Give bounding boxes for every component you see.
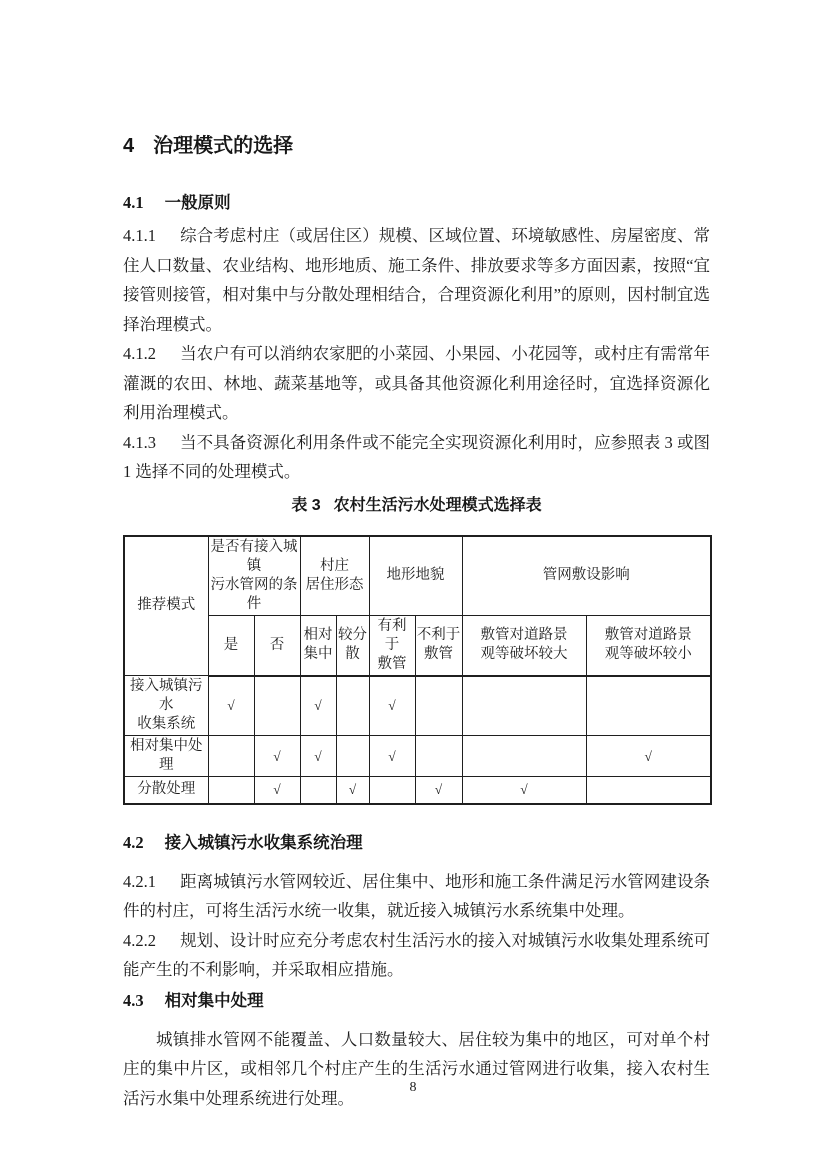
check-cell: √ [586, 736, 711, 777]
row-label: 分散处理 [124, 777, 208, 804]
subheader-damage-small: 敷管对道路景 观等破坏较小 [586, 615, 711, 676]
clause-text: 当不具备资源化利用条件或不能完全实现资源化利用时，应参照表 3 或图 1 选择不… [123, 433, 710, 482]
section-title: 接入城镇污水收集系统治理 [165, 834, 363, 852]
check-cell: √ [254, 777, 300, 804]
check-cell [586, 676, 711, 736]
check-cell [415, 676, 462, 736]
row-label: 相对集中处理 [124, 736, 208, 777]
paragraph-4-2-2: 4.2.2规划、设计时应充分考虑农村生活污水的接入对城镇污水收集处理系统可能产生… [123, 926, 710, 985]
check-cell [208, 736, 254, 777]
header-group-access: 是否有接入城镇 污水管网的条件 [208, 536, 300, 616]
section-title: 一般原则 [165, 194, 231, 212]
paragraph-4-1-3: 4.1.3当不具备资源化利用条件或不能完全实现资源化利用时，应参照表 3 或图 … [123, 428, 710, 487]
check-cell [586, 777, 711, 804]
row-label: 接入城镇污水 收集系统 [124, 676, 208, 736]
subheader-yes: 是 [208, 615, 254, 676]
check-cell [415, 736, 462, 777]
table-row: 相对集中处理 √ √ √ √ [124, 736, 711, 777]
paragraph-4-2-1: 4.2.1距离城镇污水管网较近、居住集中、地形和施工条件满足污水管网建设条件的村… [123, 867, 710, 926]
check-cell: √ [208, 676, 254, 736]
subheader-concentrated: 相对 集中 [300, 615, 336, 676]
check-cell [208, 777, 254, 804]
clause-text: 距离城镇污水管网较近、居住集中、地形和施工条件满足污水管网建设条件的村庄，可将生… [123, 872, 710, 921]
header-mode: 推荐模式 [124, 536, 208, 676]
clause-text: 当农户有可以消纳农家肥的小菜园、小果园、小花园等，或村庄有需常年灌溉的农田、林地… [123, 344, 710, 422]
clause-number: 4.2.1 [123, 872, 156, 891]
clause-text: 综合考虑村庄（或居住区）规模、区域位置、环境敏感性、房屋密度、常住人口数量、农业… [123, 226, 710, 334]
section-number: 4.1 [123, 193, 144, 212]
check-cell: √ [462, 777, 586, 804]
treatment-mode-selection-table: 推荐模式 是否有接入城镇 污水管网的条件 村庄 居住形态 地形地貌 管网敷设影响… [123, 535, 712, 805]
check-cell [462, 736, 586, 777]
paragraph-4-1-2: 4.1.2当农户有可以消纳农家肥的小菜园、小果园、小花园等，或村庄有需常年灌溉的… [123, 339, 710, 428]
check-cell [300, 777, 336, 804]
page-content: 4治理模式的选择 4.1一般原则 4.1.1综合考虑村庄（或居住区）规模、区域位… [123, 0, 710, 1113]
section-heading-4-3: 4.3相对集中处理 [123, 991, 710, 1011]
check-cell: √ [300, 736, 336, 777]
check-cell: √ [336, 777, 369, 804]
subheader-favorable: 有利于 敷管 [369, 615, 415, 676]
chapter-number: 4 [123, 135, 134, 157]
check-cell: √ [369, 736, 415, 777]
check-cell [462, 676, 586, 736]
clause-number: 4.2.2 [123, 931, 156, 950]
header-group-pipe: 管网敷设影响 [462, 536, 711, 616]
check-cell [336, 736, 369, 777]
section-number: 4.2 [123, 833, 144, 852]
header-group-terrain: 地形地貌 [369, 536, 462, 616]
check-cell: √ [415, 777, 462, 804]
check-cell: √ [254, 736, 300, 777]
check-cell: √ [369, 676, 415, 736]
clause-number: 4.1.2 [123, 344, 156, 363]
subheader-dispersed: 较分 散 [336, 615, 369, 676]
table-row: 分散处理 √ √ √ √ [124, 777, 711, 804]
table-row: 接入城镇污水 收集系统 √ √ √ [124, 676, 711, 736]
subheader-damage-large: 敷管对道路景 观等破坏较大 [462, 615, 586, 676]
check-cell [369, 777, 415, 804]
clause-text: 规划、设计时应充分考虑农村生活污水的接入对城镇污水收集处理系统可能产生的不利影响… [123, 931, 710, 980]
chapter-title: 治理模式的选择 [153, 135, 293, 157]
check-cell [336, 676, 369, 736]
check-cell: √ [300, 676, 336, 736]
check-cell [254, 676, 300, 736]
header-group-form: 村庄 居住形态 [300, 536, 369, 616]
section-title: 相对集中处理 [165, 992, 264, 1010]
clause-number: 4.1.1 [123, 226, 156, 245]
document-page: 4治理模式的选择 4.1一般原则 4.1.1综合考虑村庄（或居住区）规模、区域位… [0, 0, 826, 1169]
paragraph-4-3-body: 城镇排水管网不能覆盖、人口数量较大、居住较为集中的地区，可对单个村庄的集中片区，… [123, 1025, 710, 1114]
section-heading-4-1: 4.1一般原则 [123, 193, 710, 213]
table-caption-title: 农村生活污水处理模式选择表 [334, 497, 542, 514]
table-caption-label: 表 3 [291, 497, 320, 514]
paragraph-4-1-1: 4.1.1综合考虑村庄（或居住区）规模、区域位置、环境敏感性、房屋密度、常住人口… [123, 221, 710, 339]
table-caption: 表 3农村生活污水处理模式选择表 [123, 495, 710, 517]
subheader-unfavorable: 不利于 敷管 [415, 615, 462, 676]
chapter-heading: 4治理模式的选择 [123, 133, 710, 159]
section-heading-4-2: 4.2接入城镇污水收集系统治理 [123, 833, 710, 853]
subheader-no: 否 [254, 615, 300, 676]
clause-number: 4.1.3 [123, 433, 156, 452]
section-number: 4.3 [123, 991, 144, 1010]
page-number: 8 [0, 1080, 826, 1096]
